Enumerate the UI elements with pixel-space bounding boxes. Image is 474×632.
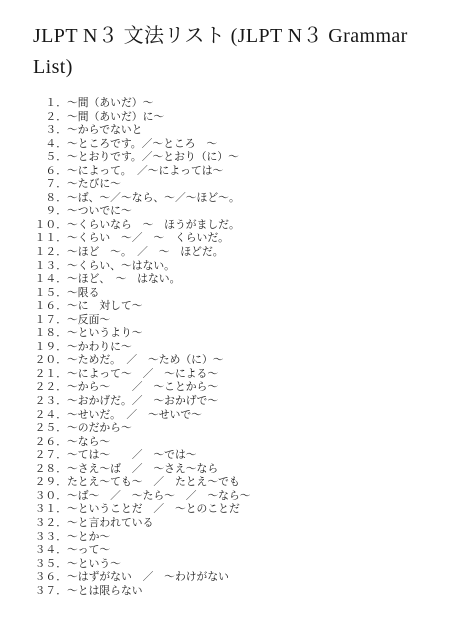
- grammar-list-item: ２４． ～せいだ。 ／ ～せいで～: [33, 409, 450, 423]
- item-number: ２８．: [33, 463, 67, 477]
- grammar-list-item: ６． ～によって。 ／～によっては～: [33, 165, 450, 179]
- grammar-list-item: ２１． ～によって～ ／ ～による～: [33, 368, 450, 382]
- grammar-list-item: ３１． ～ということだ ／ ～とのことだ: [33, 503, 450, 517]
- item-text: ～くらい、～はない。: [67, 260, 175, 274]
- grammar-list-item: １５． ～限る: [33, 287, 450, 301]
- item-text: ～ためだ。 ／ ～ため（に）～: [67, 354, 224, 368]
- grammar-list-item: １１． ～くらい ～／ ～ くらいだ。: [33, 232, 450, 246]
- item-number: １．: [33, 97, 67, 111]
- item-text: ～はずがない ／ ～わけがない: [67, 571, 229, 585]
- item-number: １７．: [33, 314, 67, 328]
- item-text: ～くらい ～／ ～ くらいだ。: [67, 232, 229, 246]
- item-text: ～とは限らない: [67, 585, 143, 599]
- item-number: １３．: [33, 260, 67, 274]
- grammar-list-item: ２７． ～ては～ ／ ～では～: [33, 449, 450, 463]
- page-title-line1: JLPT N３ 文法リスト (JLPT N３ Grammar: [33, 21, 450, 52]
- item-number: ３．: [33, 124, 67, 138]
- item-text: ～とおりです。／～とおり（に）～: [67, 151, 239, 165]
- item-number: ２１．: [33, 368, 67, 382]
- grammar-list-item: １８． ～というより～: [33, 327, 450, 341]
- item-number: ９．: [33, 205, 67, 219]
- item-text: ～というより～: [67, 327, 143, 341]
- grammar-list-item: １２． ～ほど ～。 ／ ～ ほどだ。: [33, 246, 450, 260]
- grammar-list-item: ３． ～からでないと: [33, 124, 450, 138]
- document-page: JLPT N３ 文法リスト (JLPT N３ Grammar List) １． …: [0, 0, 474, 632]
- item-text: ～ということだ ／ ～とのことだ: [67, 503, 240, 517]
- grammar-list-item: ５． ～とおりです。／～とおり（に）～: [33, 151, 450, 165]
- item-number: ４．: [33, 138, 67, 152]
- item-text: ～せいだ。 ／ ～せいで～: [67, 409, 202, 423]
- item-number: ６．: [33, 165, 67, 179]
- item-text: たとえ～ても～ ／ たとえ～でも: [67, 476, 240, 490]
- item-text: ～反面～: [67, 314, 110, 328]
- item-text: ～おかげだ。／ ～おかげで～: [67, 395, 218, 409]
- item-number: ２９．: [33, 476, 67, 490]
- item-number: ３３．: [33, 531, 67, 545]
- item-text: ～から～ ／ ～ことから～: [67, 381, 218, 395]
- grammar-list-item: ３５． ～という～: [33, 558, 450, 572]
- item-text: ～とか～: [67, 531, 110, 545]
- grammar-list-item: ２８． ～さえ～ば ／ ～さえ～なら: [33, 463, 450, 477]
- item-text: ～ば、～／～なら、～／～ほど～。: [67, 192, 240, 206]
- item-text: ～ほど、 ～ はない。: [67, 273, 180, 287]
- grammar-list-item: ９． ～ついでに～: [33, 205, 450, 219]
- item-text: ～によって～ ／ ～による～: [67, 368, 218, 382]
- item-number: ３５．: [33, 558, 67, 572]
- item-text: ～くらいなら ～ ほうがましだ。: [67, 219, 240, 233]
- grammar-list-item: １０． ～くらいなら ～ ほうがましだ。: [33, 219, 450, 233]
- item-number: ２０．: [33, 354, 67, 368]
- item-text: ～によって。 ／～によっては～: [67, 165, 223, 179]
- item-number: ３２．: [33, 517, 67, 531]
- item-number: ３４．: [33, 544, 67, 558]
- item-text: ～からでないと: [67, 124, 142, 138]
- item-text: ～ところです。／～ところ ～: [67, 138, 217, 152]
- grammar-list-item: ８． ～ば、～／～なら、～／～ほど～。: [33, 192, 450, 206]
- grammar-list-item: ２０． ～ためだ。 ／ ～ため（に）～: [33, 354, 450, 368]
- grammar-list-item: ２５． ～のだから～: [33, 422, 450, 436]
- grammar-list-item: ２． ～間（あいだ）に～: [33, 111, 450, 125]
- item-text: ～という～: [67, 558, 121, 572]
- item-number: ２６．: [33, 436, 67, 450]
- grammar-list-item: １４． ～ほど、 ～ はない。: [33, 273, 450, 287]
- item-number: １８．: [33, 327, 67, 341]
- item-text: ～ついでに～: [67, 205, 132, 219]
- grammar-list: １． ～間（あいだ）～ ２． ～間（あいだ）に～ ３． ～からでないと ４． ～…: [33, 97, 450, 598]
- item-number: ３７．: [33, 585, 67, 599]
- item-number: ２４．: [33, 409, 67, 423]
- grammar-list-item: １３． ～くらい、～はない。: [33, 260, 450, 274]
- item-number: ３６．: [33, 571, 67, 585]
- grammar-list-item: １． ～間（あいだ）～: [33, 97, 450, 111]
- grammar-list-item: ３６． ～はずがない ／ ～わけがない: [33, 571, 450, 585]
- item-number: ２３．: [33, 395, 67, 409]
- item-number: １６．: [33, 300, 67, 314]
- grammar-list-item: ３４． ～って～: [33, 544, 450, 558]
- item-text: ～なら～: [67, 436, 110, 450]
- item-number: １１．: [33, 232, 67, 246]
- grammar-list-item: １６． ～に 対して～: [33, 300, 450, 314]
- item-number: １４．: [33, 273, 67, 287]
- item-text: ～ば～ ／ ～たら～ ／ ～なら～: [67, 490, 251, 504]
- item-number: １５．: [33, 287, 67, 301]
- grammar-list-item: ３７． ～とは限らない: [33, 585, 450, 599]
- item-text: ～間（あいだ）に～: [67, 111, 164, 125]
- item-text: ～に 対して～: [67, 300, 143, 314]
- item-number: ７．: [33, 178, 67, 192]
- grammar-list-item: １７． ～反面～: [33, 314, 450, 328]
- grammar-list-item: ３２． ～と言われている: [33, 517, 450, 531]
- grammar-list-item: ２９． たとえ～ても～ ／ たとえ～でも: [33, 476, 450, 490]
- item-text: ～のだから～: [67, 422, 132, 436]
- item-number: １２．: [33, 246, 67, 260]
- item-number: ３１．: [33, 503, 67, 517]
- page-title: JLPT N３ 文法リスト (JLPT N３ Grammar List): [33, 21, 450, 83]
- item-number: ８．: [33, 192, 67, 206]
- grammar-list-item: ７． ～たびに～: [33, 178, 450, 192]
- item-number: ２７．: [33, 449, 67, 463]
- grammar-list-item: ３３． ～とか～: [33, 531, 450, 545]
- item-number: ３０．: [33, 490, 67, 504]
- item-text: ～と言われている: [67, 517, 153, 531]
- item-number: １０．: [33, 219, 67, 233]
- grammar-list-item: １９． ～かわりに～: [33, 341, 450, 355]
- item-text: ～さえ～ば ／ ～さえ～なら: [67, 463, 218, 477]
- item-text: ～ほど ～。 ／ ～ ほどだ。: [67, 246, 224, 260]
- item-text: ～かわりに～: [67, 341, 132, 355]
- item-number: ２２．: [33, 381, 67, 395]
- item-text: ～限る: [67, 287, 99, 301]
- item-text: ～たびに～: [67, 178, 121, 192]
- item-text: ～ては～ ／ ～では～: [67, 449, 197, 463]
- page-title-line2: List): [33, 52, 450, 83]
- grammar-list-item: ２６． ～なら～: [33, 436, 450, 450]
- item-number: ２．: [33, 111, 67, 125]
- item-text: ～間（あいだ）～: [67, 97, 153, 111]
- grammar-list-item: ３０． ～ば～ ／ ～たら～ ／ ～なら～: [33, 490, 450, 504]
- grammar-list-item: ２３． ～おかげだ。／ ～おかげで～: [33, 395, 450, 409]
- grammar-list-item: ４． ～ところです。／～ところ ～: [33, 138, 450, 152]
- item-number: ２５．: [33, 422, 67, 436]
- grammar-list-item: ２２． ～から～ ／ ～ことから～: [33, 381, 450, 395]
- item-number: ５．: [33, 151, 67, 165]
- item-text: ～って～: [67, 544, 110, 558]
- item-number: １９．: [33, 341, 67, 355]
